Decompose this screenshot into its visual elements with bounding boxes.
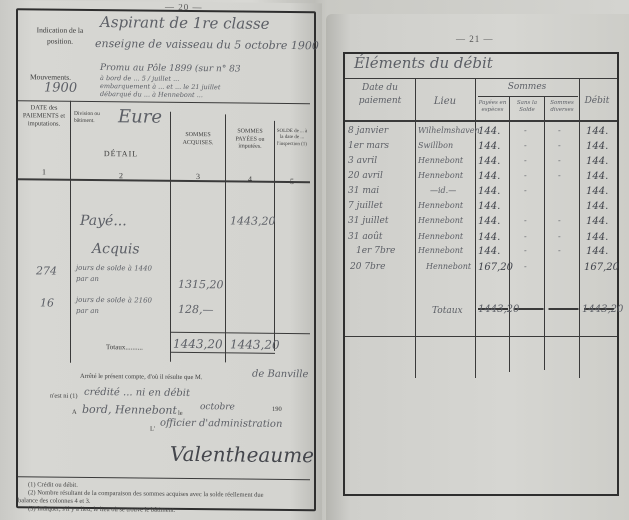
- header-paid-cash: Payées en espèces: [476, 100, 509, 114]
- row-c2: -: [524, 126, 527, 135]
- row-paid: 144.: [478, 216, 500, 227]
- row-detail: jours de solde à 2160 par an: [76, 295, 166, 317]
- header-payment-date: Date du paiement: [346, 82, 414, 107]
- row-c3: -: [558, 126, 561, 135]
- table-row: 31 juillet Hennebont 144. - - 144.: [326, 216, 629, 233]
- row-place: Hennebont: [418, 216, 463, 225]
- row-c2: -: [524, 216, 527, 225]
- closing-line3-print-a: A: [72, 409, 77, 416]
- row-debit: 144.: [586, 186, 608, 197]
- footnote: (3) Indiquer, s'il y a lieu, le lieu où …: [28, 505, 175, 514]
- row-c2: -: [524, 246, 527, 255]
- header-date: DATE des PAIEMENTS et imputations.: [20, 104, 68, 129]
- row-c2: -: [524, 186, 527, 195]
- row-c3: -: [558, 232, 561, 241]
- table-row: 1er 7bre Hennebont 144. - - 144.: [326, 246, 629, 263]
- row-c3: -: [558, 246, 561, 255]
- closing-line2-print: n'est ni (1): [50, 393, 78, 400]
- header-paid: SOMMES PAYÉES ou imputées.: [227, 128, 273, 151]
- position-text-line1: Aspirant de 1re classe: [100, 13, 270, 33]
- header-balance: SOLDE de ... à la date de ... l'inspecti…: [276, 129, 308, 148]
- header-detail-num: 2: [74, 171, 168, 182]
- position-text-line2: enseigne de vaisseau du 5 octobre 1900: [95, 37, 319, 52]
- row-c3: -: [558, 141, 561, 150]
- header-without-pay: Sans la Solde: [510, 100, 544, 114]
- open-ledger-book: — 20 — Indication de la position. Aspira…: [0, 0, 629, 520]
- closing-line4-print: L': [150, 426, 155, 433]
- position-label: Indication de la position.: [30, 25, 90, 47]
- row-paid: 144.: [478, 126, 500, 137]
- row-date: 16: [40, 296, 54, 309]
- closing-place: bord, Hennebont: [82, 403, 177, 417]
- total-acquired: 1443,20: [173, 337, 223, 352]
- signature: Valentheaume: [170, 442, 314, 468]
- header-acquired: SOMMES ACQUISES.: [172, 132, 224, 148]
- row-place: Hennebont: [418, 171, 463, 180]
- row-debit: 144.: [586, 171, 608, 182]
- row-place: Hennebont: [418, 246, 463, 255]
- row-date: 31 août: [348, 232, 383, 242]
- header-place: Lieu: [416, 96, 474, 109]
- col-divider-2: [170, 112, 171, 362]
- row-debit: 144.: [586, 141, 608, 152]
- row-c3: -: [558, 216, 561, 225]
- row-date: 1er 7bre: [356, 246, 395, 256]
- closing-line1-hand: de Banville: [252, 369, 308, 381]
- row-date: 31 mai: [348, 186, 379, 196]
- header-misc-sums: Sommes diverses: [545, 100, 579, 114]
- row-c3: -: [558, 156, 561, 165]
- footnote: balance des colonnes 4 et 3.: [18, 497, 91, 505]
- closing-line3-print-c: 190: [272, 406, 282, 413]
- row-paid: 144.: [478, 246, 500, 257]
- header-debit: Débit: [580, 96, 614, 107]
- row-acquired: 128,—: [178, 303, 214, 316]
- row-place: Hennebont: [418, 201, 463, 210]
- header-detail: DÉTAIL: [74, 149, 168, 160]
- header-ship-name: Eure: [118, 106, 162, 127]
- header-date-num: 1: [20, 167, 68, 178]
- row-debit: 144.: [586, 201, 608, 212]
- row-paid: 1443,20: [230, 214, 276, 227]
- row-debit: 144.: [586, 232, 608, 243]
- row-date: 20 7bre: [350, 262, 385, 272]
- header-paid-num: 4: [227, 174, 273, 184]
- row-c2: -: [524, 232, 527, 241]
- table-row: 20 7bre Hennebont 167,20 - 167,20: [326, 262, 629, 279]
- row-date: 1er mars: [348, 141, 389, 151]
- row-paid: 144.: [478, 186, 500, 197]
- row-c2: -: [524, 262, 527, 271]
- row-paid: 144.: [478, 171, 500, 182]
- row-place: —id.—: [430, 186, 456, 195]
- footnote: (1) Crédit ou débit.: [28, 481, 78, 489]
- totals-label: Totaux..........: [106, 343, 143, 351]
- movements-line4: débarqué du ... à Hennebont ...: [100, 90, 203, 99]
- col-divider-1: [70, 101, 71, 363]
- header-balance-num: 5: [276, 177, 308, 187]
- row-debit: 144.: [586, 126, 608, 137]
- right-page-number: — 21 —: [456, 34, 494, 44]
- closing-line1-print: Arrêté le présent compte, d'où il résult…: [80, 373, 202, 381]
- row-date: 7 juillet: [348, 201, 383, 211]
- total-paid: 1443,20: [230, 337, 280, 352]
- row-place: Swillbon: [418, 141, 453, 150]
- movements-year: 1900: [44, 80, 77, 95]
- row-date: 274: [36, 264, 57, 277]
- header-division-prefix: Division ou bâtiment.: [74, 111, 108, 125]
- row-place: Hennebont: [426, 262, 471, 271]
- row-place: Hennebont: [418, 156, 463, 165]
- header-sums: Sommes: [476, 82, 578, 93]
- closing-officer: officier d'administration: [160, 418, 282, 430]
- row-detail: jours de solde à 1440 par an: [76, 263, 166, 285]
- closing-line3-print-b: le: [178, 410, 183, 417]
- right-title: Éléments du débit: [354, 54, 493, 72]
- row-paid: 144.: [478, 201, 500, 212]
- header-acquired-num: 3: [172, 172, 224, 183]
- row-paid: 144.: [478, 156, 500, 167]
- right-page: — 21 — Éléments du débit Date du paiemen…: [326, 14, 629, 520]
- row-c2: -: [524, 141, 527, 150]
- row-paid: 144.: [478, 141, 500, 152]
- closing-line2-hand: crédité ... ni en débit: [84, 387, 190, 399]
- row-paid: 167,20: [478, 262, 513, 273]
- row-place: Hennebont: [418, 232, 463, 241]
- row-c2: -: [524, 171, 527, 180]
- row-c2: -: [524, 156, 527, 165]
- row-debit: 144.: [586, 246, 608, 257]
- col-divider-4: [274, 121, 275, 351]
- row-debit: 144.: [586, 156, 608, 167]
- row-date: 8 janvier: [348, 126, 388, 136]
- sums-group-rule: [478, 96, 578, 97]
- row-detail: Acquis: [92, 241, 140, 257]
- left-page: — 20 — Indication de la position. Aspira…: [0, 0, 322, 520]
- col-divider-3: [225, 114, 226, 362]
- totals-label: Totaux: [432, 306, 463, 316]
- row-acquired: 1315,20: [178, 278, 224, 291]
- closing-date: octobre: [200, 402, 235, 412]
- row-detail: Payé...: [80, 213, 127, 229]
- row-debit: 144.: [586, 216, 608, 227]
- row-debit: 167,20: [584, 262, 619, 273]
- row-date: 31 juillet: [348, 216, 388, 226]
- row-c3: -: [558, 171, 561, 180]
- title-rule: [345, 78, 617, 79]
- header-bottom-rule: [345, 120, 617, 122]
- total-debit: 1443,20: [582, 304, 623, 315]
- total-paid: 1443,20: [478, 304, 519, 315]
- row-place: Wilhelmshaven: [418, 126, 480, 135]
- row-date: 20 avril: [348, 171, 383, 181]
- row-paid: 144.: [478, 232, 500, 243]
- totals-bottom-rule: [345, 336, 617, 337]
- row-date: 3 avril: [348, 156, 377, 166]
- movements-line1: Promu au Pôle 1899 (sur n° 83: [100, 63, 241, 74]
